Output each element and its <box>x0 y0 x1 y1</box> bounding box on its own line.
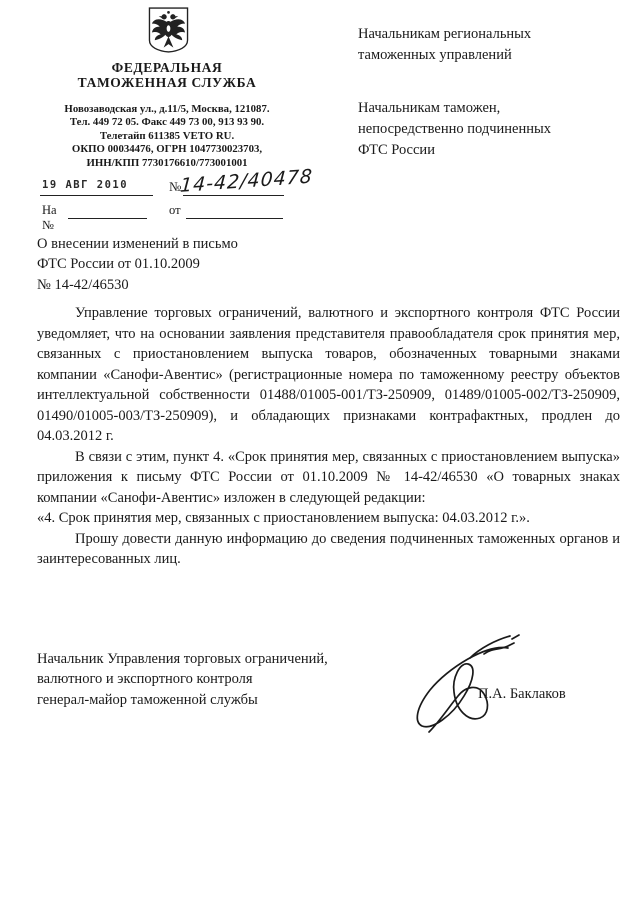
org-address-line: Новозаводская ул., д.11/5, Москва, 12108… <box>27 103 307 116</box>
body-paragraph-3: Прошу довести данную информацию до сведе… <box>37 529 620 570</box>
addressee-line: непосредственно подчиненных <box>358 119 608 140</box>
org-teletype-line: Телетайп 611385 VETO RU. <box>27 130 307 143</box>
outgoing-number-handwritten: 14-42/40478 <box>179 167 290 197</box>
addressee-line: Начальникам таможен, <box>358 98 608 119</box>
addressee-line: ФТС России <box>358 140 608 161</box>
signatory-title-line: генерал-майор таможенной службы <box>37 690 377 710</box>
reply-to-label: На № <box>42 203 57 233</box>
body-paragraph-2: В связи с этим, пункт 4. «Срок принятия … <box>37 447 620 509</box>
letter-body: Управление торговых ограничений, валютно… <box>37 303 620 570</box>
org-phone-line: Тел. 449 72 05. Факс 449 73 00, 913 93 9… <box>27 116 307 129</box>
signatory-title-line: валютного и экспортного контроля <box>37 669 377 689</box>
reply-from-label: от <box>169 203 181 218</box>
date-stamp: 19 АВГ 2010 <box>42 179 154 191</box>
addressees: Начальникам региональных таможенных упра… <box>358 24 608 161</box>
number-underline <box>183 195 284 196</box>
body-quote-line: «4. Срок принятия мер, связанных с приос… <box>37 508 620 529</box>
addressee-line: таможенных управлений <box>358 45 608 66</box>
coat-of-arms-icon <box>148 7 189 53</box>
org-requisites: Новозаводская ул., д.11/5, Москва, 12108… <box>27 103 307 170</box>
letter-subject: О внесении изменений в письмо ФТС России… <box>37 234 337 295</box>
reply-date-underline <box>186 218 283 219</box>
subject-line: № 14-42/46530 <box>37 275 337 295</box>
org-name: ФЕДЕРАЛЬНАЯ ТАМОЖЕННАЯ СЛУЖБА <box>27 60 307 90</box>
addressee-line: Начальникам региональных <box>358 24 608 45</box>
letter-page: ФЕДЕРАЛЬНАЯ ТАМОЖЕННАЯ СЛУЖБА Новозаводс… <box>0 0 640 900</box>
addressee-block-2: Начальникам таможен, непосредственно под… <box>358 98 608 161</box>
body-paragraph-1: Управление торговых ограничений, валютно… <box>37 303 620 447</box>
signatory-name: П.А. Баклаков <box>478 686 566 703</box>
org-name-line1: ФЕДЕРАЛЬНАЯ <box>27 60 307 75</box>
date-underline <box>40 195 153 196</box>
signatory-title: Начальник Управления торговых ограничени… <box>37 649 377 710</box>
org-okpo-ogrn-line: ОКПО 00034476, ОГРН 1047730023703, <box>27 143 307 156</box>
reply-number-underline <box>68 218 147 219</box>
addressee-block-1: Начальникам региональных таможенных упра… <box>358 24 608 66</box>
signatory-title-line: Начальник Управления торговых ограничени… <box>37 649 377 669</box>
subject-line: ФТС России от 01.10.2009 <box>37 254 337 274</box>
signature-icon <box>408 630 533 735</box>
subject-line: О внесении изменений в письмо <box>37 234 337 254</box>
org-name-line2: ТАМОЖЕННАЯ СЛУЖБА <box>27 75 307 90</box>
